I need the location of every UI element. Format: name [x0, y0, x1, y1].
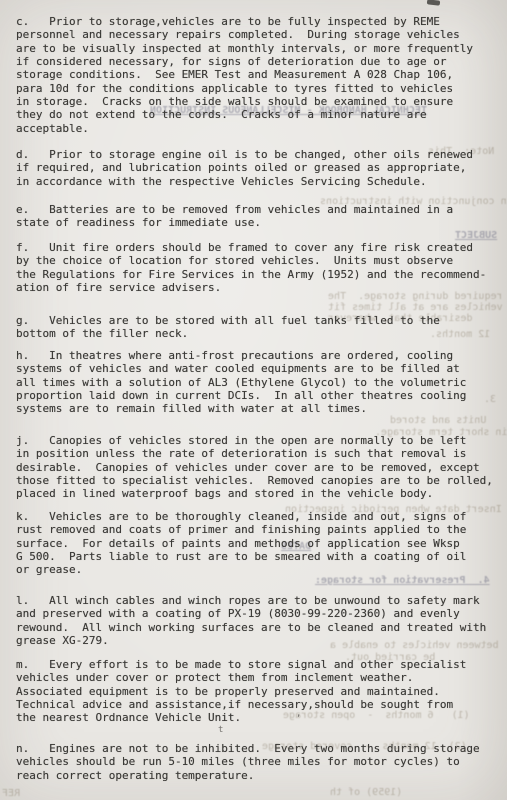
bleed-through-text-3: SUBJECT [455, 230, 497, 241]
bleed-through-text-9: Units and stored [390, 415, 486, 426]
paragraph-k: k. Vehicles are to be thoroughly cleaned… [16, 510, 466, 577]
paragraph-m: m. Every effort is to be made to store s… [16, 658, 466, 725]
stray-mark-1: t [218, 726, 223, 735]
bleed-through-text-8: 3. [484, 394, 496, 405]
bleed-through-text-5: vehicles are at all times fit [328, 302, 503, 313]
bleed-through-text-19: REF [2, 788, 20, 799]
paragraph-h: h. In theatres where anti-frost precauti… [16, 349, 466, 416]
ink-speck [427, 0, 440, 6]
bleed-through-text-18: (1959) of th [330, 787, 402, 798]
document-page: TECHNICAL HANDBOOK - MISCELLANEOUS INSTR… [0, 0, 507, 800]
paragraph-d: d. Prior to storage engine oil is to be … [16, 148, 473, 188]
paragraph-e: e. Batteries are to be removed from vehi… [16, 203, 453, 230]
paragraph-n: n. Engines are not to be inhibited. Ever… [16, 742, 480, 782]
stray-mark-2: , [296, 710, 301, 719]
paragraph-f: f. Unit fire orders should be framed to … [16, 241, 486, 294]
paragraph-c: c. Prior to storage,vehicles are to be f… [16, 15, 473, 135]
paragraph-g: g. Vehicles are to be stored with all fu… [16, 314, 440, 341]
paragraph-j: j. Canopies of vehicles stored in the op… [16, 434, 493, 501]
paragraph-l: l. All winch cables and winch ropes are … [16, 594, 486, 647]
